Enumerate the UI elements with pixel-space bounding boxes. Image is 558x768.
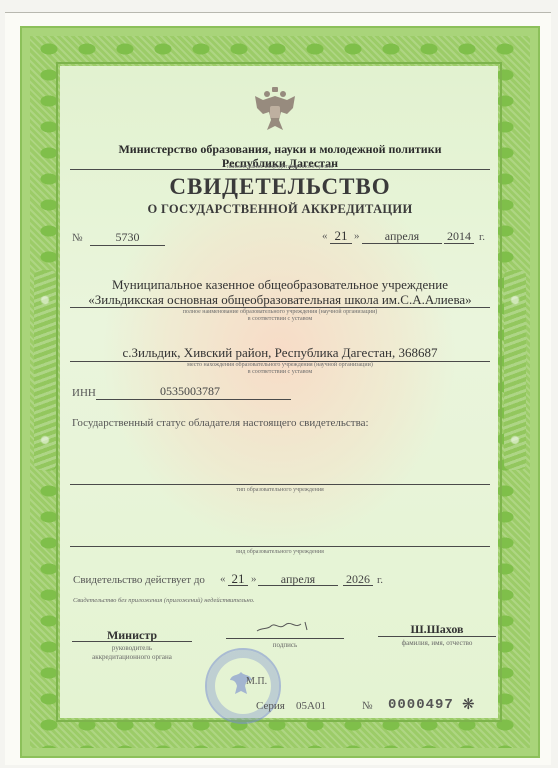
- right-acanthus-ornament-icon: [504, 270, 526, 470]
- issue-date-month: апреля: [362, 229, 442, 244]
- issue-date-day: 21: [330, 228, 352, 244]
- position-caption-line1: руководитель: [72, 644, 192, 653]
- valid-day-underline: [228, 585, 248, 586]
- issue-date-quote-open: «: [322, 230, 328, 242]
- valid-year-underline: [343, 585, 373, 586]
- name-caption: фамилия, имя, отчество: [378, 639, 496, 647]
- document-title: СВИДЕТЕЛЬСТВО: [70, 174, 490, 200]
- organization-caption-line2: в соответствии с уставом: [70, 316, 490, 323]
- inn-value: 0535003787: [160, 384, 220, 399]
- series-value: 05А01: [296, 700, 326, 712]
- issuer-name-line1: Министерство образования, науки и молоде…: [70, 142, 490, 156]
- certificate-number: 5730: [90, 230, 165, 245]
- address-caption-line1: место нахождения образовательного учрежд…: [70, 362, 490, 369]
- organization-underline: [70, 307, 490, 308]
- issue-year-underline: [444, 243, 474, 244]
- number-underline: [90, 245, 165, 246]
- valid-until-quote-open: «: [220, 573, 226, 585]
- organization-name: «Зильдикская основная общеобразовательна…: [70, 292, 490, 308]
- form-serial-number: 0000497: [388, 697, 454, 713]
- series-label: Серия: [256, 700, 285, 712]
- handwritten-signature-icon: [255, 618, 315, 634]
- institution-kind-underline: [70, 546, 490, 547]
- asterisk-mark-icon: ❋: [462, 695, 475, 714]
- institution-kind-caption: вид образовательного учреждения: [70, 549, 490, 556]
- attachment-validity-note: Свидетельство без приложения (приложений…: [73, 597, 255, 604]
- organization-address: с.Зильдик, Хивский район, Республика Даг…: [70, 345, 490, 361]
- address-caption: место нахождения образовательного учрежд…: [70, 362, 490, 376]
- valid-until-quote-close: »: [251, 573, 257, 585]
- inn-underline: [96, 399, 291, 400]
- number-label: №: [72, 232, 83, 244]
- valid-month-underline: [258, 585, 338, 586]
- issue-date-year: 2014: [444, 229, 474, 244]
- issuer-caption: наименование аккредитационного органа: [70, 164, 490, 171]
- signatory-name: Ш.Шахов: [378, 622, 496, 637]
- issue-month-underline: [362, 243, 442, 244]
- issue-date-quote-close: »: [354, 230, 360, 242]
- organization-caption: полное наименование образовательного учр…: [70, 309, 490, 323]
- seal-label: М.П.: [246, 676, 267, 687]
- issue-date-year-suffix: г.: [479, 231, 485, 243]
- double-headed-eagle-emblem-icon: [253, 86, 297, 136]
- organization-type-line: Муниципальное казенное общеобразовательн…: [70, 277, 490, 293]
- valid-until-label: Свидетельство действует до: [73, 574, 205, 586]
- position-caption-line2: аккредитационного органа: [72, 653, 192, 662]
- organization-caption-line1: полное наименование образовательного учр…: [70, 309, 490, 316]
- institution-type-underline: [70, 484, 490, 485]
- valid-until-year-suffix: г.: [377, 574, 383, 586]
- state-status-label: Государственный статус обладателя настоя…: [72, 417, 369, 429]
- form-number-label: №: [362, 700, 373, 712]
- document-subtitle: О ГОСУДАРСТВЕННОЙ АККРЕДИТАЦИИ: [70, 202, 490, 217]
- institution-type-caption: тип образовательного учреждения: [70, 487, 490, 494]
- inn-label: ИНН: [72, 387, 96, 399]
- address-caption-line2: в соответствии с уставом: [70, 369, 490, 376]
- left-acanthus-ornament-icon: [34, 270, 56, 470]
- position-caption: руководитель аккредитационного органа: [72, 644, 192, 662]
- signature-underline: [226, 638, 344, 639]
- name-underline: [378, 636, 496, 637]
- position-underline: [72, 641, 192, 642]
- issue-day-underline: [330, 243, 352, 244]
